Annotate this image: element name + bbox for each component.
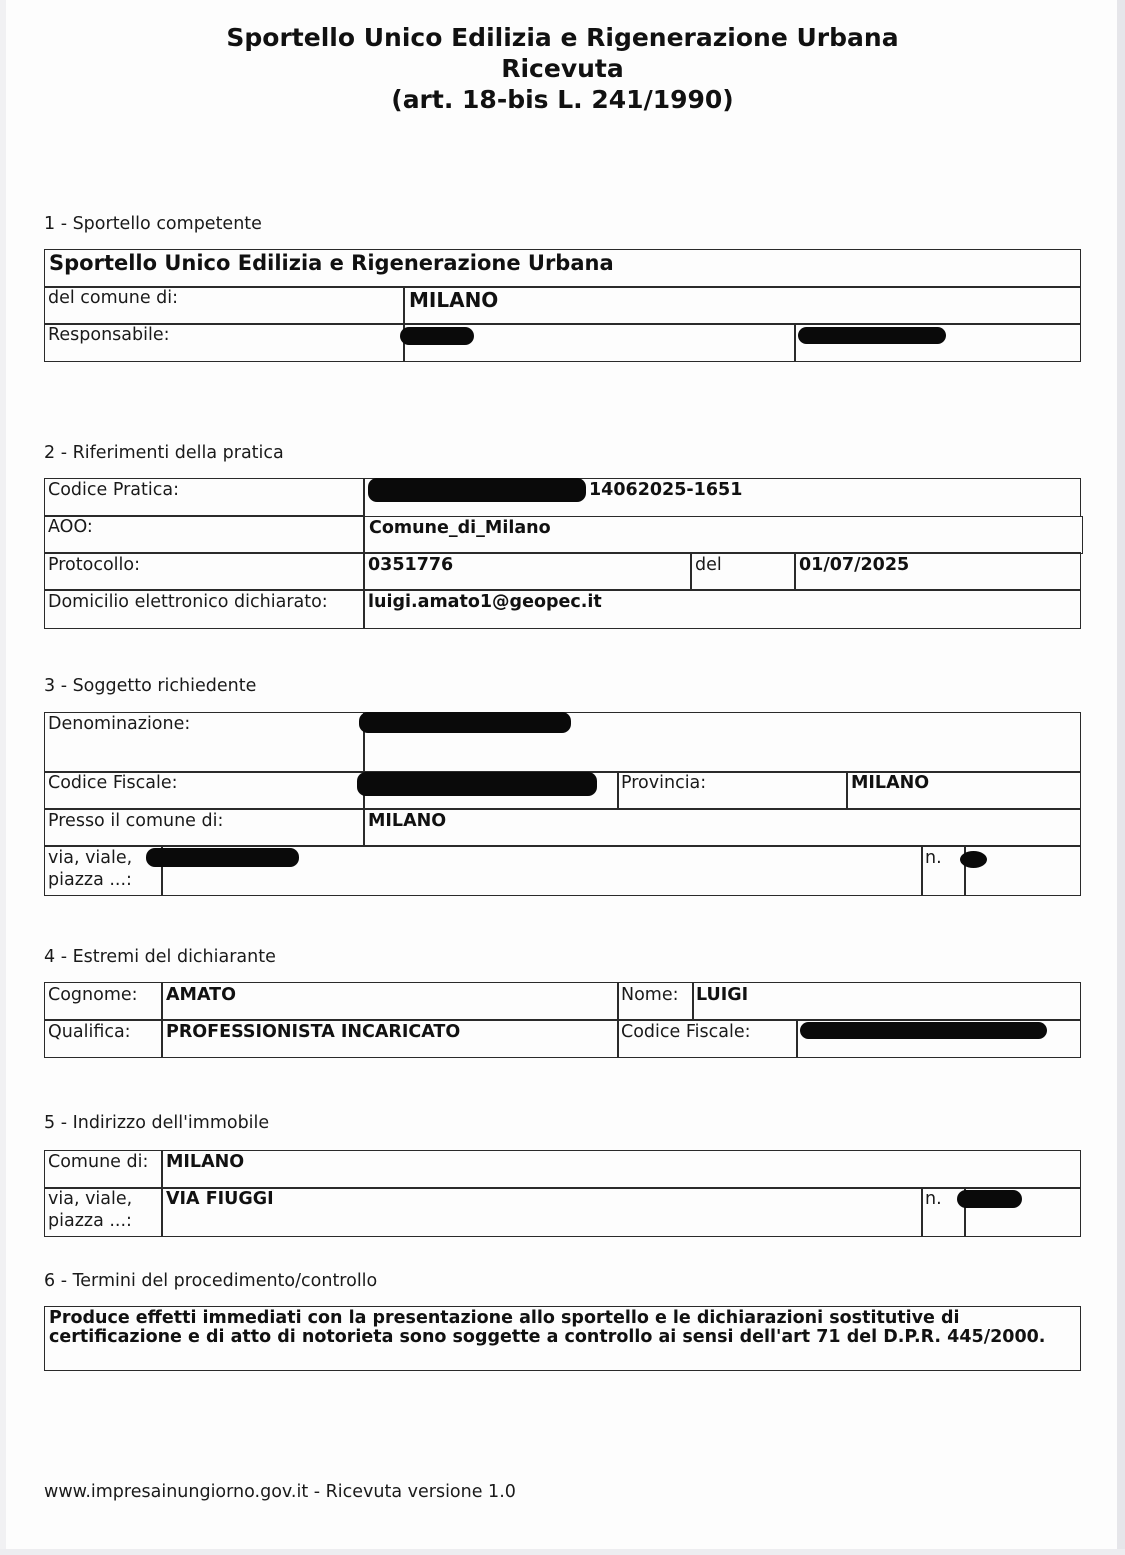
immobile-comune-value-cell xyxy=(161,1150,1081,1189)
title-line-1: Sportello Unico Edilizia e Rigenerazione… xyxy=(0,22,1125,53)
presso-label: Presso il comune di: xyxy=(48,810,223,832)
qualifica-label: Qualifica: xyxy=(48,1021,131,1043)
codice-fiscale-label: Codice Fiscale: xyxy=(48,772,178,794)
presso-value: MILANO xyxy=(368,810,446,832)
via-label-line-2: piazza ...: xyxy=(48,869,132,891)
title-line-3: (art. 18-bis L. 241/1990) xyxy=(0,84,1125,115)
redaction-via xyxy=(146,848,299,867)
comune-value: MILANO xyxy=(409,289,498,311)
immobile-numero-label: n. xyxy=(925,1188,942,1210)
nome-value-cell xyxy=(692,982,1081,1021)
protocollo-label: Protocollo: xyxy=(48,554,140,576)
section-1-label: 1 - Sportello competente xyxy=(44,213,262,235)
comune-value-cell xyxy=(403,286,1081,325)
redaction-numero xyxy=(960,851,987,868)
section-5-label: 5 - Indirizzo dell'immobile xyxy=(44,1112,269,1134)
section-3-label: 3 - Soggetto richiedente xyxy=(44,675,256,697)
aoo-value: Comune_di_Milano xyxy=(369,517,551,539)
redaction-dichiarante-cf xyxy=(800,1022,1047,1039)
office-name: Sportello Unico Edilizia e Rigenerazione… xyxy=(49,252,614,274)
codice-pratica-label: Codice Pratica: xyxy=(48,479,179,501)
page-edge-right xyxy=(1117,0,1125,1555)
redaction-denominazione xyxy=(359,712,571,733)
immobile-via-label-line-1: via, viale, xyxy=(48,1188,132,1210)
comune-label: del comune di: xyxy=(48,287,178,309)
cognome-value: AMATO xyxy=(166,984,236,1006)
numero-label: n. xyxy=(925,847,942,869)
redaction-codice-fiscale xyxy=(357,772,597,796)
denominazione-label: Denominazione: xyxy=(48,713,190,735)
page-edge-bottom xyxy=(0,1549,1125,1555)
immobile-comune-label: Comune di: xyxy=(48,1151,148,1173)
domicilio-label: Domicilio elettronico dichiarato: xyxy=(48,591,328,613)
provincia-label: Provincia: xyxy=(621,772,706,794)
redaction-codice-pratica xyxy=(368,478,586,502)
footer-text: www.impresainungiorno.gov.it - Ricevuta … xyxy=(44,1481,516,1503)
del-value: 01/07/2025 xyxy=(799,554,909,576)
dichiarante-cf-label: Codice Fiscale: xyxy=(621,1021,751,1043)
codice-pratica-value: 14062025-1651 xyxy=(589,479,742,501)
nome-label: Nome: xyxy=(621,984,679,1006)
redaction-responsabile-2 xyxy=(798,327,946,344)
redaction-immobile-numero xyxy=(957,1190,1022,1208)
redaction-responsabile xyxy=(400,327,474,345)
document-title: Sportello Unico Edilizia e Rigenerazione… xyxy=(0,22,1125,115)
immobile-via-label-line-2: piazza ...: xyxy=(48,1210,132,1232)
section-6-label: 6 - Termini del procedimento/controllo xyxy=(44,1270,377,1292)
cognome-label: Cognome: xyxy=(48,984,138,1006)
section-2-label: 2 - Riferimenti della pratica xyxy=(44,442,284,464)
page-edge-left xyxy=(0,0,6,1555)
immobile-comune-value: MILANO xyxy=(166,1151,244,1173)
del-label: del xyxy=(695,554,722,576)
responsabile-label: Responsabile: xyxy=(48,324,170,346)
title-line-2: Ricevuta xyxy=(0,53,1125,84)
section-4-label: 4 - Estremi del dichiarante xyxy=(44,946,276,968)
immobile-via-value: VIA FIUGGI xyxy=(166,1188,274,1210)
termini-text: Produce effetti immediati con la present… xyxy=(49,1309,1069,1347)
provincia-value: MILANO xyxy=(851,772,929,794)
protocollo-value: 0351776 xyxy=(368,554,453,576)
via-label-line-1: via, viale, xyxy=(48,847,132,869)
aoo-label: AOO: xyxy=(48,516,93,538)
nome-value: LUIGI xyxy=(696,984,748,1006)
immobile-via-value-cell xyxy=(161,1187,923,1237)
qualifica-value: PROFESSIONISTA INCARICATO xyxy=(166,1021,460,1043)
presso-value-cell xyxy=(363,808,1081,847)
domicilio-value: luigi.amato1@geopec.it xyxy=(368,591,602,613)
